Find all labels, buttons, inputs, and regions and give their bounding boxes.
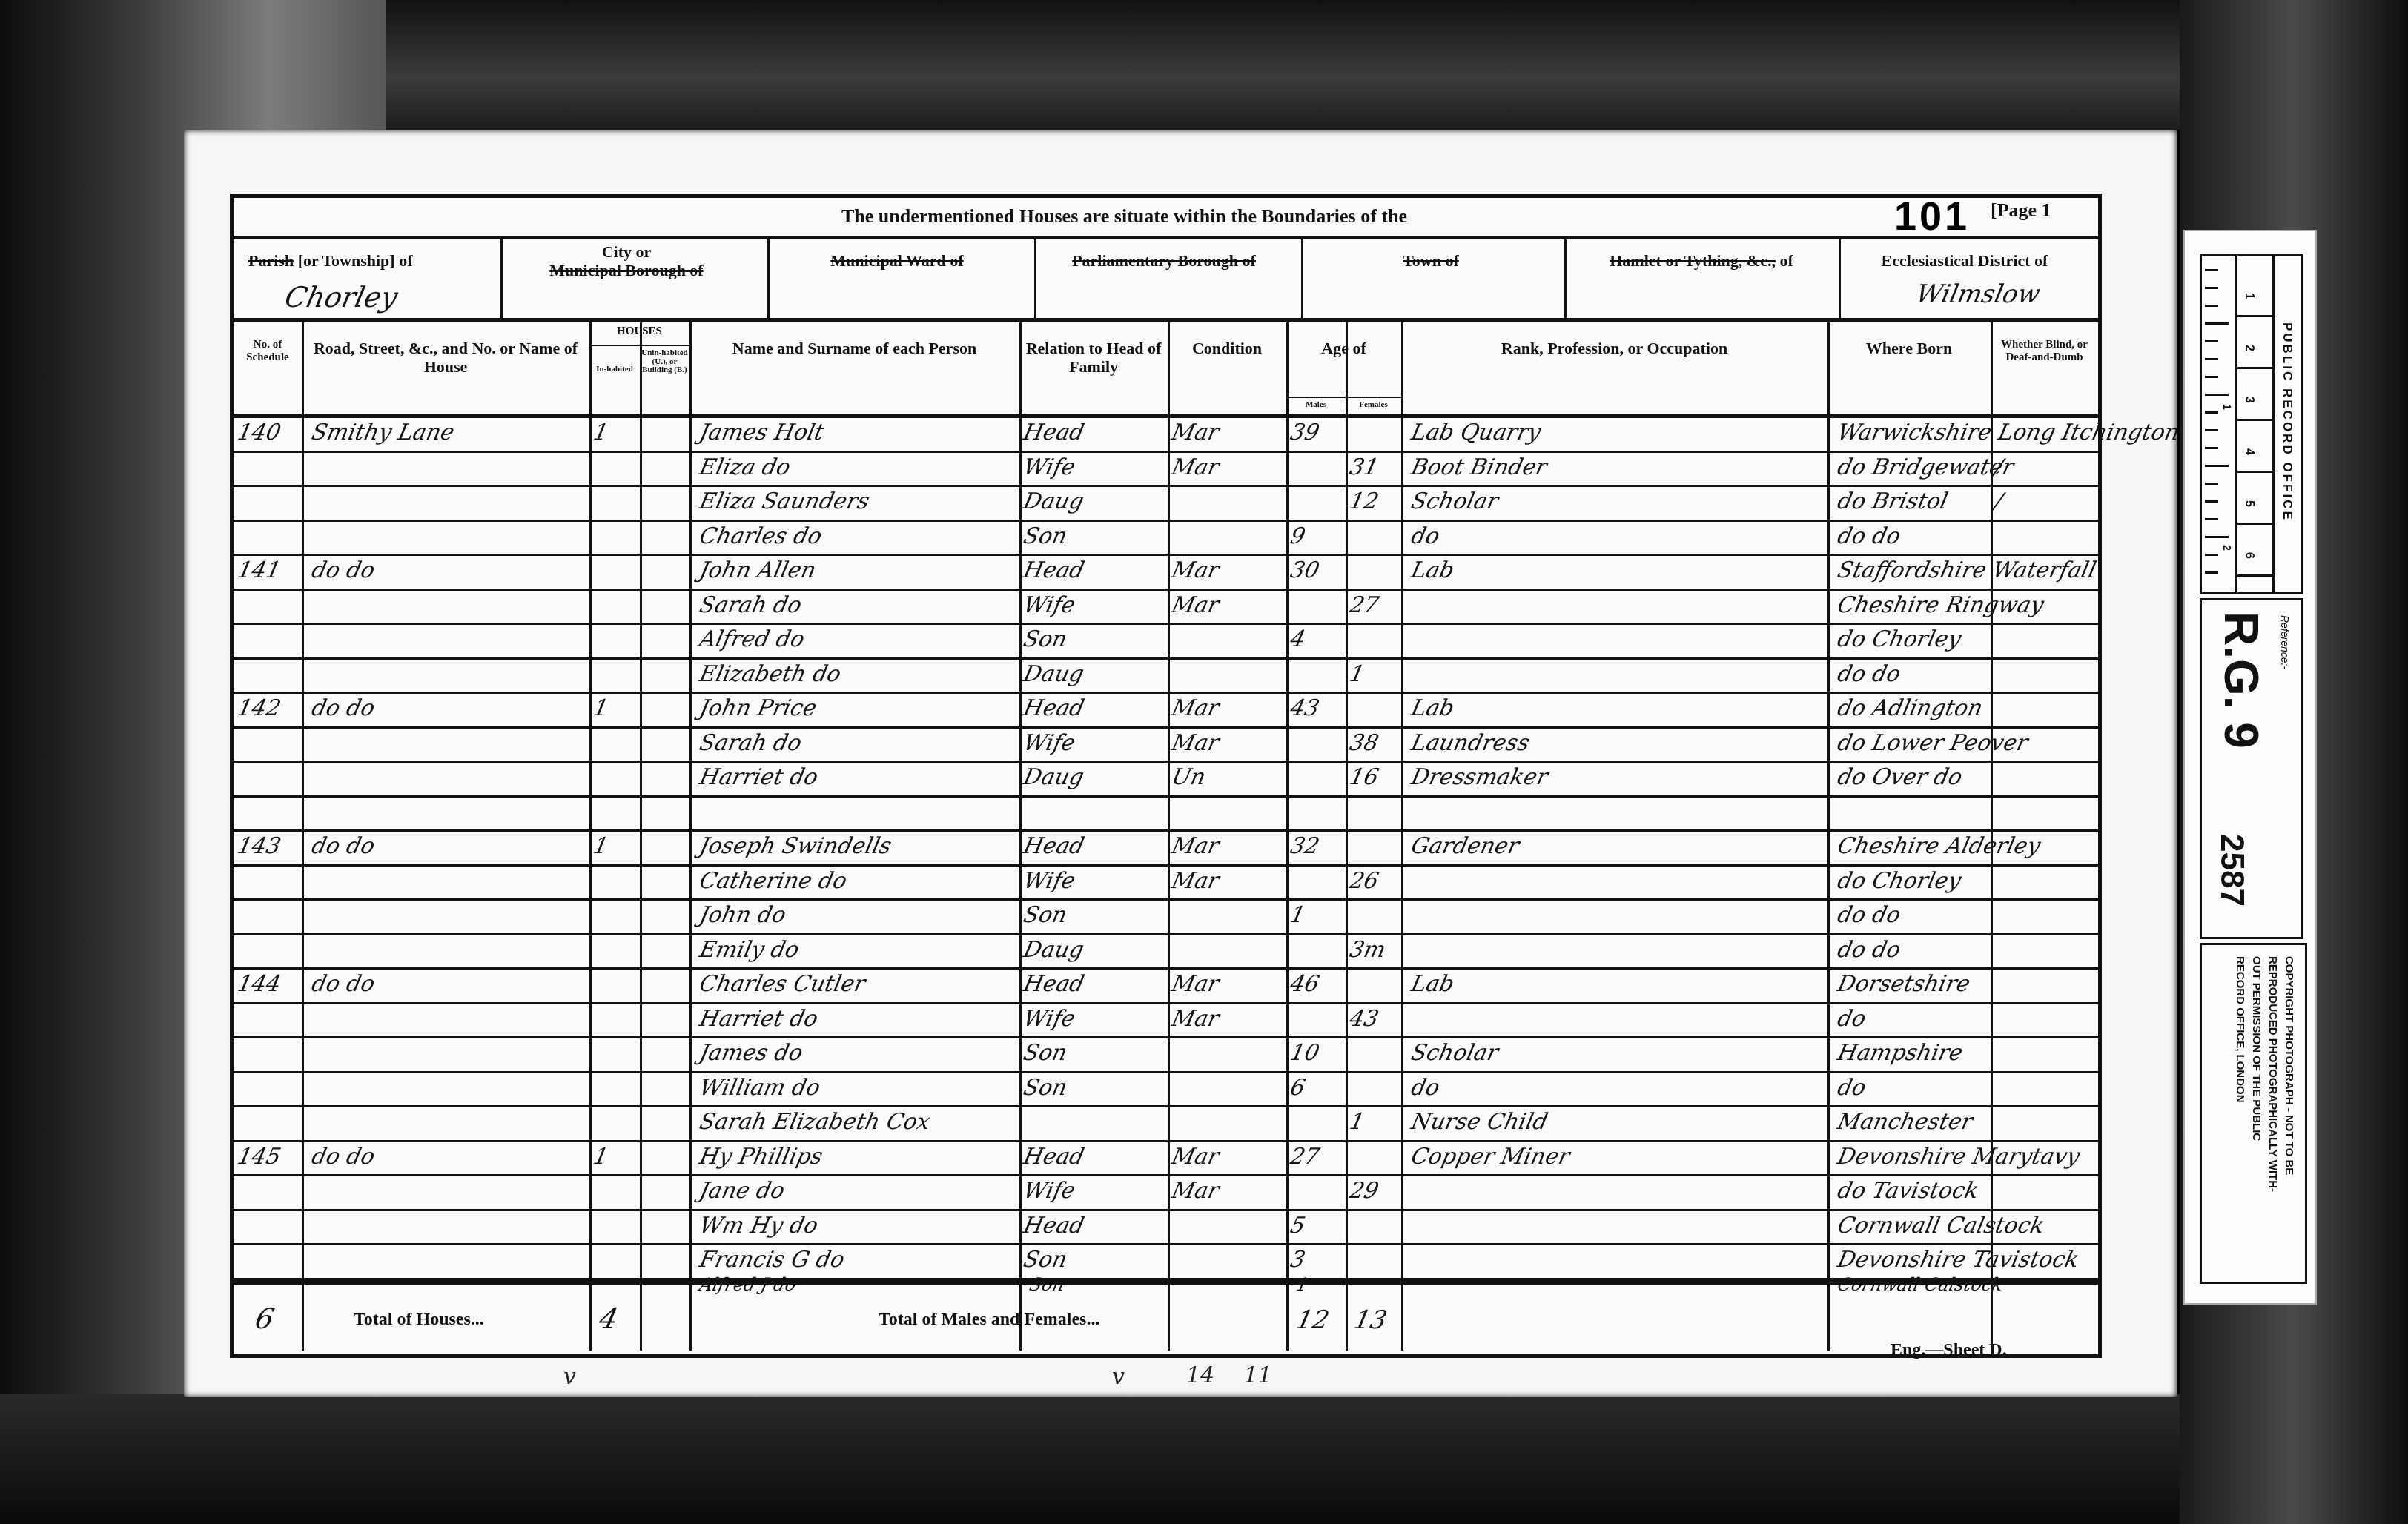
- cell-occupation: Lab: [1409, 695, 1456, 721]
- ruler-division: [2237, 419, 2272, 421]
- cell-relation: Son: [1021, 523, 1069, 549]
- ruler-tick: [2205, 518, 2218, 520]
- cell-name: John do: [697, 902, 788, 928]
- cell-born: Devonshire Tavistock: [1835, 1247, 2081, 1273]
- ruler-division: [2237, 471, 2272, 473]
- boundary-city-label: City or Municipal Borough of: [504, 242, 749, 280]
- table-row: 145do do1Hy PhillipsHeadMar27Copper Mine…: [234, 1142, 2098, 1177]
- cell-male-age: 46: [1288, 971, 1322, 997]
- cell-relation: Son: [1021, 1040, 1069, 1066]
- cell-occupation: Scholar: [1409, 488, 1501, 514]
- ruler-number: 5: [2242, 500, 2255, 507]
- copyright-notice: COPYRIGHT PHOTOGRAPH - NOT TO BE REPRODU…: [2232, 956, 2297, 1192]
- table-row: Catherine doWifeMar26do Chorley: [234, 867, 2098, 901]
- cell-name: Wm Hy do: [697, 1213, 820, 1239]
- reference-piece: 2587: [2213, 834, 2250, 907]
- ruler-tick: [2205, 394, 2229, 396]
- extra-entry-relation: Son: [1028, 1274, 1066, 1295]
- column-header-age: Age of: [1286, 339, 1401, 357]
- cell-name: Sarah Elizabeth Cox: [697, 1109, 933, 1135]
- cell-schedule: 143: [235, 833, 283, 859]
- ruler-division: [2237, 315, 2272, 317]
- cell-road: Smithy Lane: [309, 420, 457, 445]
- cell-name: Emily do: [697, 937, 801, 963]
- boundary-ward-label: Municipal Ward of: [771, 251, 1023, 270]
- cell-relation: Daug: [1021, 488, 1086, 514]
- cell-female-age: 27: [1347, 592, 1381, 618]
- cell-condition: Un: [1169, 764, 1208, 790]
- cell-female-age: 16: [1347, 764, 1381, 790]
- ruler-tick: [2205, 322, 2229, 325]
- cell-male-age: 3: [1288, 1247, 1308, 1273]
- film-border-bottom: [0, 1394, 2408, 1524]
- boundary-town-label: Town of: [1305, 251, 1557, 270]
- cell-occupation: Gardener: [1409, 833, 1521, 859]
- census-form: The undermentioned Houses are situate wi…: [230, 194, 2102, 1358]
- margin-check-middle: v: [1112, 1364, 1125, 1390]
- cell-relation: Head: [1021, 420, 1086, 445]
- cell-name: William do: [697, 1075, 822, 1101]
- cell-male-age: 30: [1288, 557, 1322, 583]
- ruler-number: 3: [2242, 397, 2255, 403]
- column-header-road: Road, Street, &c., and No. or Name of Ho…: [305, 339, 586, 377]
- ruler-tick: [2205, 358, 2218, 360]
- cell-female-age: 3m: [1347, 937, 1388, 963]
- table-row: [234, 798, 2098, 832]
- reference-strip: 12345612 PUBLIC RECORD OFFICE Reference:…: [2183, 230, 2317, 1305]
- cell-road: do do: [309, 971, 377, 997]
- cell-name: Harriet do: [697, 1006, 820, 1032]
- cell-relation: Son: [1021, 1075, 1069, 1101]
- cell-female-age: 31: [1347, 454, 1381, 480]
- cell-relation: Wife: [1021, 454, 1077, 480]
- ruler-tick: [2205, 465, 2229, 467]
- cell-occupation: Nurse Child: [1409, 1109, 1550, 1135]
- cell-condition: Mar: [1169, 1144, 1221, 1170]
- cell-born: do Lower Peover: [1835, 730, 2030, 756]
- total-males: 12: [1294, 1305, 1332, 1335]
- cell-born: do Chorley: [1835, 626, 1963, 652]
- table-row: Francis G doSon3Devonshire Tavistock: [234, 1245, 2098, 1280]
- cell-relation: Wife: [1021, 1178, 1077, 1204]
- cell-name: Charles Cutler: [697, 971, 867, 997]
- public-record-office-label: PUBLIC RECORD OFFICE: [2280, 322, 2295, 522]
- ruler-number: 4: [2242, 448, 2255, 455]
- cell-inhabited: 1: [591, 833, 611, 859]
- boundary-parish-label: Parish [or Township] of: [248, 251, 441, 270]
- cell-male-age: 27: [1288, 1144, 1322, 1170]
- ruler-tick: [2205, 429, 2218, 431]
- cell-born: Devonshire Marytavy: [1835, 1144, 2082, 1170]
- table-row: Sarah doWifeMar27Cheshire Ringway: [234, 591, 2098, 626]
- cell-female-age: 29: [1347, 1178, 1381, 1204]
- cell-female-age: 43: [1347, 1006, 1381, 1032]
- sheet-note: Eng.—Sheet D.: [1891, 1340, 2007, 1360]
- ruler-division: [2237, 523, 2272, 525]
- cell-male-age: 39: [1288, 420, 1322, 445]
- column-header-blind: Whether Blind, or Deaf-and-Dumb: [1994, 339, 2095, 363]
- ruler-tick: [2205, 483, 2218, 485]
- ruler-number: 6: [2242, 552, 2255, 559]
- cell-born: do Bristol: [1835, 488, 1950, 514]
- ruler-inch-mark: 1: [2221, 404, 2233, 410]
- cell-inhabited: 1: [591, 420, 611, 445]
- total-persons-label: Total of Males and Females...: [879, 1310, 1099, 1330]
- cell-condition: Mar: [1169, 1006, 1221, 1032]
- cell-born: Cheshire Ringway: [1835, 592, 2046, 618]
- cell-relation: Head: [1021, 971, 1086, 997]
- cell-relation: Son: [1021, 626, 1069, 652]
- cell-name: Eliza do: [697, 454, 793, 480]
- copyright-box: COPYRIGHT PHOTOGRAPH - NOT TO BE REPRODU…: [2200, 943, 2307, 1284]
- cell-name: James do: [697, 1040, 805, 1066]
- cell-schedule: 144: [235, 971, 283, 997]
- cell-born: do do: [1835, 937, 1903, 963]
- cell-relation: Wife: [1021, 868, 1077, 894]
- table-row: Sarah doWifeMar38Laundressdo Lower Peove…: [234, 729, 2098, 763]
- cell-name: Jane do: [697, 1178, 787, 1204]
- cell-name: Charles do: [697, 523, 824, 549]
- cell-male-age: 43: [1288, 695, 1322, 721]
- cell-relation: Head: [1021, 557, 1086, 583]
- reference-class: R.G. 9: [2214, 612, 2269, 749]
- cell-born: Staffordshire Waterfall: [1835, 557, 2098, 583]
- cell-occupation: do: [1409, 523, 1442, 549]
- cell-name: John Allen: [697, 557, 818, 583]
- column-header-name: Name and Surname of each Person: [692, 339, 1016, 357]
- ruler-number: 1: [2242, 293, 2255, 299]
- cell-relation: Wife: [1021, 1006, 1077, 1032]
- boundary-parliamentary-label: Parliamentary Borough of: [1038, 251, 1290, 270]
- ruler-tick: [2205, 500, 2218, 503]
- cell-male-age: 32: [1288, 833, 1322, 859]
- cell-name: Catherine do: [697, 868, 849, 894]
- cell-road: do do: [309, 695, 377, 721]
- total-schedules: 6: [252, 1302, 277, 1335]
- cell-relation: Wife: [1021, 592, 1077, 618]
- cell-born: do Over do: [1835, 764, 1965, 790]
- cell-born: do do: [1835, 902, 1903, 928]
- cell-road: do do: [309, 833, 377, 859]
- cell-occupation: Copper Miner: [1409, 1144, 1572, 1170]
- extra-entry-born: Cornwall Calstock: [1836, 1274, 2005, 1295]
- cell-relation: Son: [1021, 1247, 1069, 1273]
- table-row: Charles doSon9dodo do: [234, 522, 2098, 557]
- ruler-tick: [2205, 340, 2218, 342]
- cell-relation: Head: [1021, 1144, 1086, 1170]
- ruler-tick: [2205, 305, 2218, 307]
- cell-female-age: 38: [1347, 730, 1381, 756]
- extra-entry-name: Alfred J do: [698, 1274, 798, 1295]
- cell-occupation: Scholar: [1409, 1040, 1501, 1066]
- cell-occupation: Lab Quarry: [1409, 420, 1543, 445]
- table-row: William doSon6dodo: [234, 1073, 2098, 1108]
- ruler-tick: [2205, 554, 2218, 556]
- cell-male-age: 6: [1288, 1075, 1308, 1101]
- cell-born: do Adlington: [1835, 695, 1985, 721]
- cell-female-age: 1: [1347, 661, 1367, 687]
- table-row: John doSon1do do: [234, 901, 2098, 935]
- cell-born: Cornwall Calstock: [1835, 1213, 2046, 1239]
- header-divider: [589, 345, 689, 346]
- table-row: 141do doJohn AllenHeadMar30LabStaffordsh…: [234, 556, 2098, 591]
- cell-female-age: 12: [1347, 488, 1381, 514]
- cell-born: Warwickshire Long Itchington: [1835, 420, 2182, 445]
- ruler-division: [2237, 367, 2272, 369]
- cell-name: Sarah do: [697, 592, 804, 618]
- table-row: Sarah Elizabeth Cox1Nurse ChildMancheste…: [234, 1107, 2098, 1142]
- header-divider: [1286, 397, 1401, 398]
- boundary-parish-value: Chorley: [282, 281, 400, 314]
- table-row: Wm Hy doHead5Cornwall Calstock: [234, 1211, 2098, 1246]
- total-houses-inhabited: 4: [596, 1302, 621, 1335]
- table-row: Harriet doDaugUn16Dressmakerdo Over do: [234, 763, 2098, 798]
- ruler-tick: [2205, 536, 2229, 538]
- cell-name: Elizabeth do: [697, 661, 843, 687]
- cell-relation: Daug: [1021, 937, 1086, 963]
- column-header-females: Females: [1346, 401, 1401, 410]
- column-header-relation: Relation to Head of Family: [1022, 339, 1165, 377]
- cell-occupation: Laundress: [1409, 730, 1532, 756]
- cell-name: James Holt: [697, 420, 826, 445]
- column-header-schedule: No. of Schedule: [236, 339, 299, 363]
- column-header-uninhabited: Unin-habited (U.), or Building (B.): [641, 349, 688, 375]
- cell-name: Francis G do: [697, 1247, 847, 1273]
- cell-relation: Head: [1021, 1213, 1086, 1239]
- cell-born: do do: [1835, 661, 1903, 687]
- cell-condition: Mar: [1169, 557, 1221, 583]
- column-header-condition: Condition: [1171, 339, 1283, 357]
- cell-condition: Mar: [1169, 420, 1221, 445]
- ruler-tick: [2205, 447, 2218, 449]
- cell-name: John Price: [697, 695, 818, 721]
- cell-male-age: 9: [1288, 523, 1308, 549]
- ruler-tick: [2205, 411, 2218, 414]
- total-females: 13: [1352, 1305, 1390, 1335]
- form-title: The undermentioned Houses are situate wi…: [841, 205, 1407, 228]
- ruler-tick: [2205, 269, 2218, 271]
- cell-road: do do: [309, 557, 377, 583]
- totals-rule: [234, 1280, 2098, 1285]
- margin-tally: 14 11: [1186, 1362, 1272, 1388]
- reference-label: Reference:-: [2279, 615, 2291, 669]
- cell-occupation: Lab: [1409, 557, 1456, 583]
- ruler-tick: [2205, 287, 2218, 289]
- cell-name: Alfred do: [697, 626, 807, 652]
- cell-male-age: 5: [1288, 1213, 1308, 1239]
- cell-occupation: do: [1409, 1075, 1442, 1101]
- page-label: [Page 1: [1991, 199, 2051, 222]
- boundary-ecclesiastical-label: Ecclesiastical District of: [1842, 251, 2087, 270]
- cell-condition: Mar: [1169, 1178, 1221, 1204]
- cell-schedule: 140: [235, 420, 283, 445]
- cell-name: Hy Phillips: [697, 1144, 825, 1170]
- ruler-tick: [2205, 376, 2218, 378]
- cell-condition: Mar: [1169, 730, 1221, 756]
- cell-born: Cheshire Alderley: [1835, 833, 2042, 859]
- table-row: Jane doWifeMar29do Tavistock: [234, 1176, 2098, 1211]
- cell-occupation: Dressmaker: [1409, 764, 1550, 790]
- ruler-division: [2237, 574, 2272, 577]
- table-row: 140Smithy Lane1James HoltHeadMar39Lab Qu…: [234, 418, 2098, 453]
- column-header-born: Where Born: [1830, 339, 1988, 357]
- cell-schedule: 145: [235, 1144, 283, 1170]
- ruler-inch-mark: 2: [2221, 545, 2233, 551]
- table-row: 144do doCharles CutlerHeadMar46LabDorset…: [234, 970, 2098, 1004]
- cell-relation: Son: [1021, 902, 1069, 928]
- cell-male-age: 1: [1288, 902, 1308, 928]
- cell-born: do Tavistock: [1835, 1178, 1981, 1204]
- table-row: 143do do1Joseph SwindellsHeadMar32Garden…: [234, 832, 2098, 867]
- cell-born: Manchester: [1835, 1109, 1975, 1135]
- cell-condition: Mar: [1169, 833, 1221, 859]
- table-row: Elizabeth doDaug1do do: [234, 660, 2098, 695]
- cell-born: do Bridgewater: [1835, 454, 2016, 480]
- cell-condition: Mar: [1169, 454, 1221, 480]
- column-header-inhabited: In-habited: [591, 365, 638, 374]
- cell-male-age: 4: [1288, 626, 1308, 652]
- cell-inhabited: 1: [591, 1144, 611, 1170]
- table-row: James doSon10ScholarHampshire: [234, 1038, 2098, 1073]
- cell-condition: Mar: [1169, 971, 1221, 997]
- boundary-hamlet-label: Hamlet or Tything, &c., of: [1568, 251, 1835, 270]
- cell-name: Harriet do: [697, 764, 820, 790]
- table-row: Emily doDaug3mdo do: [234, 935, 2098, 970]
- cell-name: Eliza Saunders: [697, 488, 872, 514]
- cell-schedule: 142: [235, 695, 283, 721]
- cell-occupation: Lab: [1409, 971, 1456, 997]
- ruler-tick: [2205, 571, 2218, 574]
- cell-born: Dorsetshire: [1835, 971, 1973, 997]
- cell-condition: Mar: [1169, 695, 1221, 721]
- cell-born: do Chorley: [1835, 868, 1963, 894]
- cell-name: Sarah do: [697, 730, 804, 756]
- cell-female-age: 1: [1347, 1109, 1367, 1135]
- reference-box: Reference:- R.G. 9 2587: [2200, 598, 2303, 939]
- cell-road: do do: [309, 1144, 377, 1170]
- cell-inhabited: 1: [591, 695, 611, 721]
- cell-occupation: Boot Binder: [1409, 454, 1549, 480]
- cell-born: do: [1835, 1075, 1868, 1101]
- cell-condition: Mar: [1169, 592, 1221, 618]
- ruler-box: 12345612 PUBLIC RECORD OFFICE: [2200, 254, 2303, 594]
- cell-blind: /: [1992, 488, 2005, 514]
- ruler-number: 2: [2242, 345, 2255, 351]
- cell-relation: Head: [1021, 695, 1086, 721]
- cell-born: do do: [1835, 523, 1903, 549]
- table-row: 142do do1John PriceHeadMar43Labdo Adling…: [234, 694, 2098, 729]
- cell-relation: Daug: [1021, 661, 1086, 687]
- column-header-males: Males: [1286, 401, 1346, 410]
- cell-relation: Daug: [1021, 764, 1086, 790]
- table-row: Harriet doWifeMar43do: [234, 1004, 2098, 1039]
- cell-relation: Head: [1021, 833, 1086, 859]
- column-header-occupation: Rank, Profession, or Occupation: [1404, 339, 1825, 357]
- cell-female-age: 26: [1347, 868, 1381, 894]
- cell-relation: Wife: [1021, 730, 1077, 756]
- cell-name: Joseph Swindells: [697, 833, 893, 859]
- table-row: Eliza doWifeMar31Boot Binderdo Bridgewat…: [234, 453, 2098, 488]
- cell-male-age: 10: [1288, 1040, 1322, 1066]
- folio-number: 101: [1894, 193, 1970, 239]
- cell-condition: Mar: [1169, 868, 1221, 894]
- cell-schedule: 141: [235, 557, 283, 583]
- margin-check-left: v: [563, 1364, 576, 1390]
- cell-born: Hampshire: [1835, 1040, 1965, 1066]
- table-row: Eliza SaundersDaug12Scholardo Bristol/: [234, 487, 2098, 522]
- total-houses-label: Total of Houses...: [354, 1310, 484, 1330]
- cell-born: do: [1835, 1006, 1868, 1032]
- column-header-houses: HOUSES: [589, 325, 689, 338]
- boundary-ecclesiastical-value: Wilmslow: [1913, 279, 2043, 309]
- table-row: Alfred doSon4do Chorley: [234, 625, 2098, 660]
